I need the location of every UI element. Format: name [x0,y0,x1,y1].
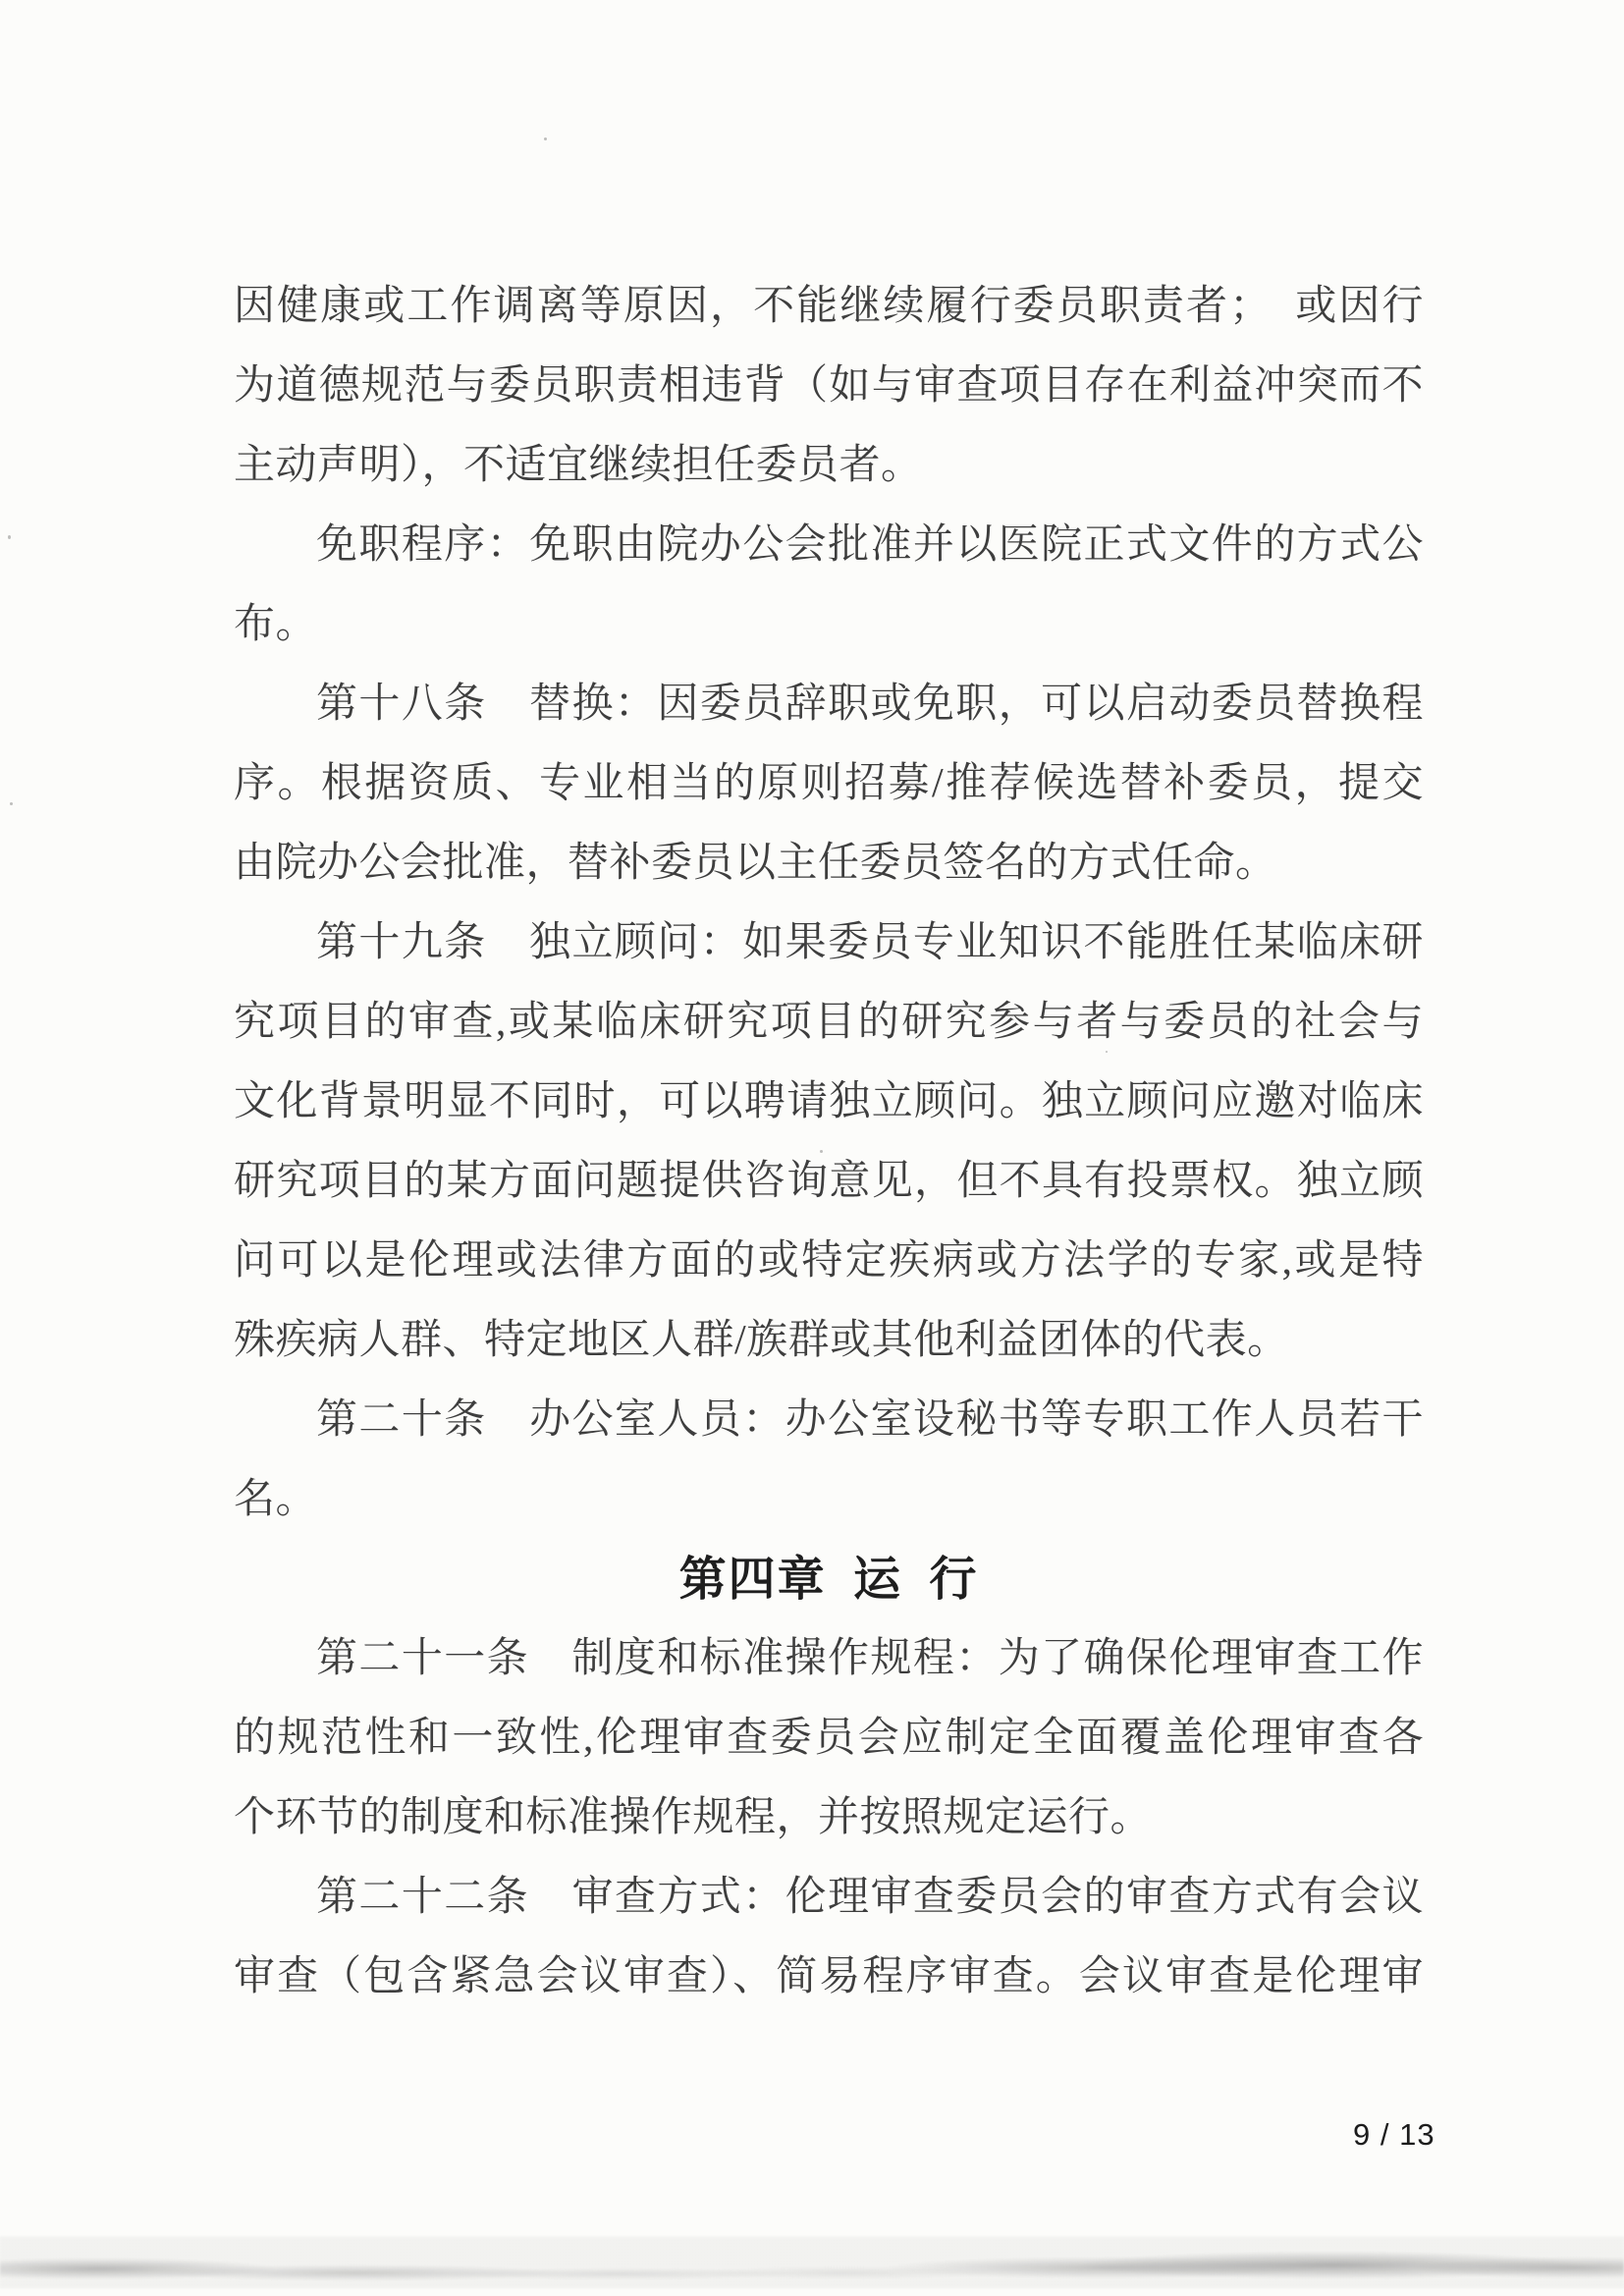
text-line: 第二十条 办公室人员：办公室设秘书等专职工作人员若干 [234,1381,1424,1460]
chapter-heading: 第四章 运 行 [234,1540,1424,1619]
text-line: 研究项目的某方面问题提供咨询意见，但不具有投票权。独立顾 [234,1142,1424,1222]
text-line: 文化背景明显不同时，可以聘请独立顾问。独立顾问应邀对临床 [234,1063,1424,1142]
text-line: 第十八条 替换：因委员辞职或免职，可以启动委员替换程 [234,665,1424,744]
scan-speck [10,802,13,805]
scan-speck [1106,1051,1108,1053]
text-line: 第二十一条 制度和标准操作规程：为了确保伦理审查工作 [234,1619,1424,1699]
text-line: 第十九条 独立顾问：如果委员专业知识不能胜任某临床研 [234,903,1424,983]
text-line: 问可以是伦理或法律方面的或特定疾病或方法学的专家,或是特 [234,1222,1424,1301]
text-line: 名。 [234,1460,1424,1540]
text-line: 由院办公会批准，替补委员以主任委员签名的方式任命。 [234,824,1424,903]
text-line: 主动声明），不适宜继续担任委员者。 [234,426,1424,506]
text-line: 究项目的审查,或某临床研究项目的研究参与者与委员的社会与 [234,983,1424,1063]
document-body: 因健康或工作调离等原因，不能继续履行委员职责者； 或因行为道德规范与委员职责相违… [234,267,1424,2017]
scanned-document-page: 因健康或工作调离等原因，不能继续履行委员职责者； 或因行为道德规范与委员职责相违… [0,0,1624,2296]
text-line: 的规范性和一致性,伦理审查委员会应制定全面覆盖伦理审查各 [234,1699,1424,1778]
text-line: 为道德规范与委员职责相违背（如与审查项目存在利益冲突而不 [234,347,1424,426]
page-number: 9 / 13 [1353,2117,1435,2153]
text-line: 序。根据资质、专业相当的原则招募/推荐候选替补委员，提交 [234,744,1424,824]
text-line: 布。 [234,585,1424,665]
text-line: 第二十二条 审查方式：伦理审查委员会的审查方式有会议 [234,1858,1424,1938]
scan-noise-band [0,2237,1624,2288]
scan-speck [820,1150,823,1153]
text-line: 殊疾病人群、特定地区人群/族群或其他利益团体的代表。 [234,1301,1424,1381]
text-line: 个环节的制度和标准操作规程，并按照规定运行。 [234,1778,1424,1858]
scan-speck [8,535,11,539]
scan-speck [544,137,547,140]
text-line: 因健康或工作调离等原因，不能继续履行委员职责者； 或因行 [234,267,1424,347]
text-line: 审查（包含紧急会议审查）、简易程序审查。会议审查是伦理审 [234,1938,1424,2017]
text-line: 免职程序：免职由院办公会批准并以医院正式文件的方式公 [234,506,1424,585]
